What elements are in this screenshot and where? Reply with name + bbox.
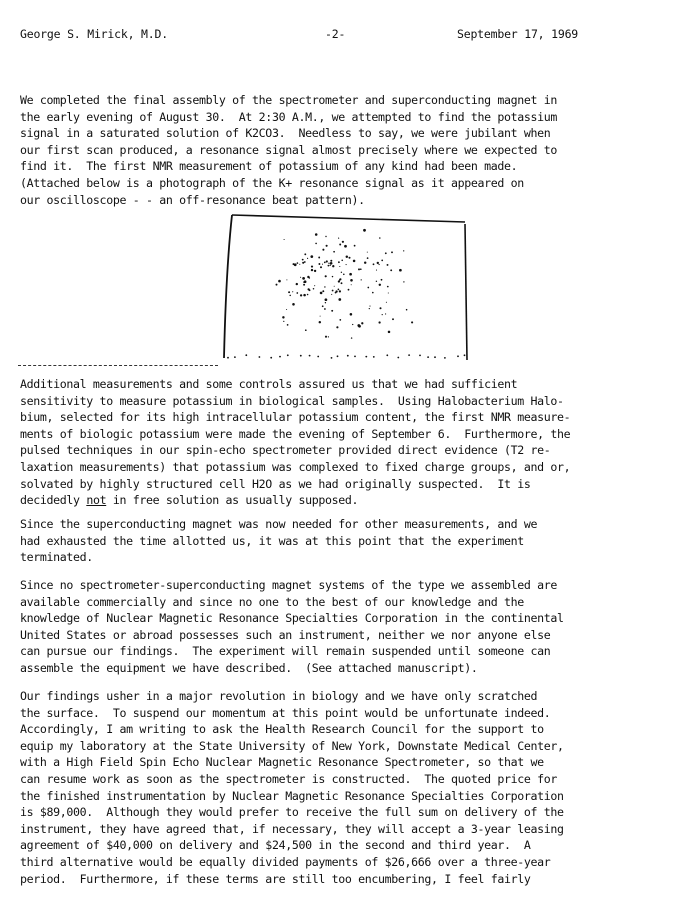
text-line: our oscilloscope - - an off-resonance be… [20,192,700,209]
text-line: can pursue our findings. The experiment … [20,643,700,660]
text-line: (Attached below is a photograph of the K… [20,175,700,192]
text-line: pulsed techniques in our spin-echo spect… [20,442,700,459]
paragraph-assembly: We completed the final assembly of the s… [20,92,700,208]
oscilloscope-photograph [220,210,490,360]
text-line: terminated. [20,549,700,566]
text-line: United States or abroad possesses such a… [20,627,700,644]
text-line: decidedly not in free solution as usuall… [20,492,700,509]
paragraph-termination: Since the superconducting magnet was now… [20,516,700,566]
text-line: bium, selected for its high intracellula… [20,409,700,426]
text-line: agreement of $40,000 on delivery and $24… [20,837,700,854]
text-line: can resume work as soon as the spectrome… [20,771,700,788]
text-line: assemble the equipment we have described… [20,660,700,677]
text-line: knowledge of Nuclear Magnetic Resonance … [20,610,700,627]
letter-page: George S. Mirick, M.D. -2- September 17,… [0,0,700,908]
text-line: available commercially and since no one … [20,594,700,611]
text-line: Accordingly, I am writing to ask the Hea… [20,721,700,738]
text-line: period. Furthermore, if these terms are … [20,871,700,888]
text-line: Since the superconducting magnet was now… [20,516,700,533]
text-line: with a High Field Spin Echo Nuclear Magn… [20,754,700,771]
text-line: had exhausted the time allotted us, it w… [20,533,700,550]
page-header: George S. Mirick, M.D. -2- September 17,… [20,27,680,43]
text-line: sensitivity to measure potassium in biol… [20,393,700,410]
text-line: the finished instrumentation by Nuclear … [20,788,700,805]
text-line: Our findings usher in a major revolution… [20,688,700,705]
text-line: our first scan produced, a resonance sig… [20,142,700,159]
text-line: instrument, they have agreed that, if ne… [20,821,700,838]
text-line: ments of biologic potassium were made th… [20,426,700,443]
text-line: the early evening of August 30. At 2:30 … [20,109,700,126]
paragraph-availability: Since no spectrometer-superconducting ma… [20,577,700,677]
text-line: is $89,000. Although they would prefer t… [20,804,700,821]
paragraph-measurements: Additional measurements and some control… [20,376,700,509]
text-line: third alternative would be equally divid… [20,854,700,871]
text-line: find it. The first NMR measurement of po… [20,158,700,175]
text-line: solvated by highly structured cell H2O a… [20,476,700,493]
header-page-number: -2- [325,27,345,41]
text-line: Since no spectrometer-superconducting ma… [20,577,700,594]
header-recipient: George S. Mirick, M.D. [20,27,168,41]
text-line: signal in a saturated solution of K2CO3.… [20,125,700,142]
text-line: Additional measurements and some control… [20,376,700,393]
text-line: laxation measurements) that potassium wa… [20,459,700,476]
paragraph-funding-request: Our findings usher in a major revolution… [20,688,700,887]
text-line: the surface. To suspend our momentum at … [20,705,700,722]
separator-rule [18,365,218,366]
text-line: equip my laboratory at the State Univers… [20,738,700,755]
text-line: We completed the final assembly of the s… [20,92,700,109]
header-date: September 17, 1969 [457,27,578,41]
